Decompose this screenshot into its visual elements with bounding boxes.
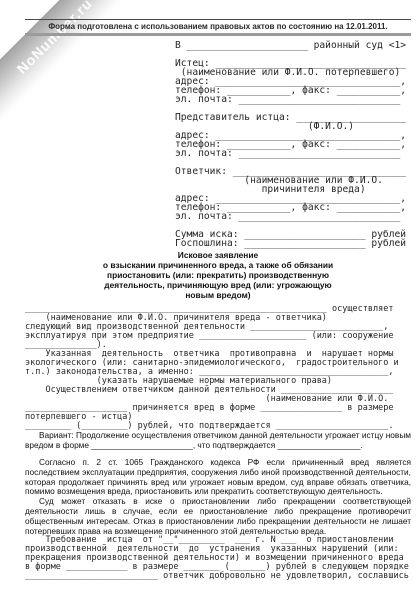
text-line: эл. почта: ____________________________ [175, 212, 415, 221]
text-line: приостановить (или: прекратить) производ… [25, 270, 411, 280]
text-line: эл. почта: ____________________________ [175, 149, 415, 158]
text-line: Госпошлина: _____________________ рублей [175, 239, 415, 248]
text-line: эл. почта: ____________________________ [175, 95, 415, 104]
legal-basis-paragraphs: Согласно п. 2 ст. 1065 Гражданского коде… [25, 458, 411, 536]
legal-paragraph-1065: Согласно п. 2 ст. 1065 Гражданского коде… [25, 458, 411, 497]
text-line: новым вредом) [25, 290, 411, 300]
claim-body-typewriter-2: Требование истца от "__"_________ ___ г.… [25, 536, 417, 581]
text-line: деятельность, причиняющую вред (или: угр… [25, 280, 411, 290]
form-revision-header: Форма подготовлена с использованием прав… [25, 19, 411, 36]
legal-paragraph-court-refusal: Суд может отказать в иске о приостановле… [25, 497, 411, 536]
watermark-text: NoNumber.ru [14, 0, 96, 77]
court-and-parties-block: В _____________________ районный суд <1>… [175, 41, 415, 248]
variant-text: Вариант: Продолжение осуществления ответ… [25, 431, 411, 451]
claim-body-typewriter-1: ________________________________________… [25, 305, 417, 431]
text-line: Исковое заявление [25, 250, 411, 260]
variant-paragraph: Вариант: Продолжение осуществления ответ… [25, 431, 411, 451]
text-line: В _____________________ районный суд <1> [175, 41, 415, 50]
text-line: о взыскании причиненного вреда, а также … [25, 260, 411, 270]
text-line: __________________________ ответчик добр… [25, 572, 417, 581]
document-page: NoNumber.ru Форма подготовлена с использ… [0, 0, 420, 600]
claim-title: Исковое заявлениео взыскании причиненног… [25, 250, 411, 300]
